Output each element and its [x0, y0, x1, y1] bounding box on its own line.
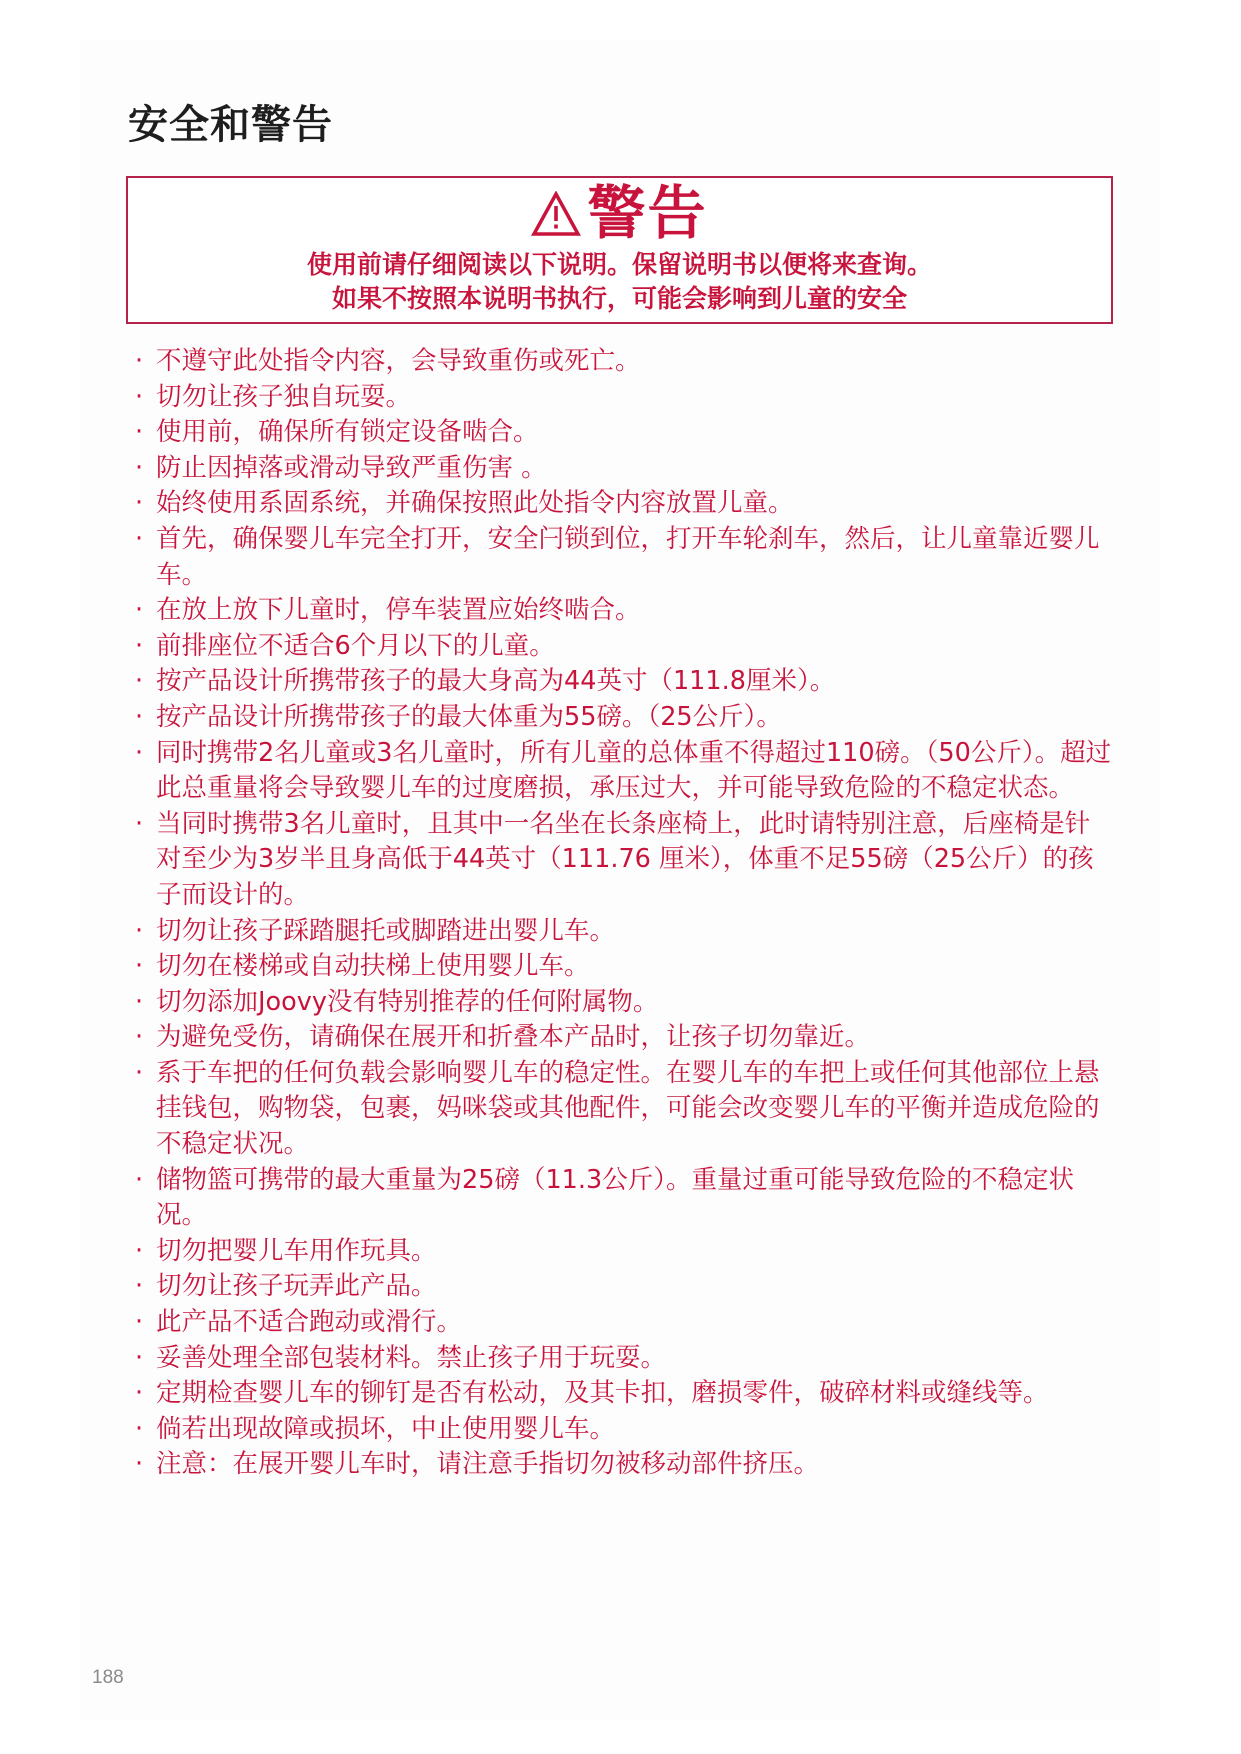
warning-item-text: 首先，确保婴儿车完全打开，安全闩锁到位，打开车轮刹车，然后，让儿童靠近婴儿车。 [156, 524, 1100, 590]
warning-item-text: 切勿添加Joovy没有特别推荐的任何附属物。 [156, 987, 658, 1017]
warning-item-text: 在放上放下儿童时，停车装置应始终啮合。 [156, 595, 641, 625]
warning-list-item: ·倘若出现故障或损坏，中止使用婴儿车。 [132, 1412, 1112, 1448]
warning-list-item: ·在放上放下儿童时，停车装置应始终啮合。 [132, 593, 1112, 629]
warning-instruction-line-1: 使用前请仔细阅读以下说明。保留说明书以便将来查询。 [128, 252, 1111, 277]
warning-item-text: 切勿让孩子玩弄此产品。 [156, 1271, 437, 1301]
warning-triangle-icon [531, 185, 581, 241]
warning-instruction-line-2: 如果不按照本说明书执行，可能会影响到儿童的安全 [128, 286, 1111, 311]
bullet-marker: · [135, 1020, 143, 1056]
bullet-marker: · [135, 700, 143, 736]
warning-list-item: ·同时携带2名儿童或3名儿童时，所有儿童的总体重不得超过110磅。（50公斤）。… [132, 736, 1112, 807]
warning-item-text: 切勿让孩子踩踏腿托或脚踏进出婴儿车。 [156, 916, 615, 946]
warning-list-item: ·妥善处理全部包装材料。禁止孩子用于玩耍。 [132, 1341, 1112, 1377]
bullet-marker: · [135, 985, 143, 1021]
warning-box: 警告 使用前请仔细阅读以下说明。保留说明书以便将来查询。 如果不按照本说明书执行… [126, 176, 1113, 324]
warning-item-text: 当同时携带3名儿童时，且其中一名坐在长条座椅上，此时请特别注意，后座椅是针对至少… [156, 809, 1094, 910]
warning-list-item: ·此产品不适合跑动或滑行。 [132, 1305, 1112, 1341]
bullet-marker: · [135, 380, 143, 416]
bullet-marker: · [135, 807, 143, 843]
warning-list-item: ·按产品设计所携带孩子的最大体重为55磅。（25公斤）。 [132, 700, 1112, 736]
bullet-marker: · [135, 486, 143, 522]
bullet-marker: · [135, 1447, 143, 1483]
warning-list-item: ·切勿让孩子独自玩耍。 [132, 380, 1112, 416]
bullet-marker: · [135, 1341, 143, 1377]
warning-item-text: 防止因掉落或滑动导致严重伤害 。 [156, 453, 547, 483]
bullet-marker: · [135, 1412, 143, 1448]
page-number: 188 [92, 1667, 124, 1689]
warning-item-text: 按产品设计所携带孩子的最大体重为55磅。（25公斤）。 [156, 702, 782, 732]
bullet-marker: · [135, 1269, 143, 1305]
warning-item-text: 切勿把婴儿车用作玩具。 [156, 1236, 437, 1266]
warning-item-text: 定期检查婴儿车的铆钉是否有松动，及其卡扣，磨损零件，破碎材料或缝线等。 [156, 1378, 1049, 1408]
warning-list-item: ·定期检查婴儿车的铆钉是否有松动，及其卡扣，磨损零件，破碎材料或缝线等。 [132, 1376, 1112, 1412]
warning-header: 警告 [128, 184, 1111, 242]
bullet-marker: · [135, 949, 143, 985]
warning-list-item: ·系于车把的任何负载会影响婴儿车的稳定性。在婴儿车的车把上或任何其他部位上悬挂钱… [132, 1056, 1112, 1163]
warning-item-text: 倘若出现故障或损坏，中止使用婴儿车。 [156, 1414, 615, 1444]
warning-item-text: 始终使用系固系统，并确保按照此处指令内容放置儿童。 [156, 488, 794, 518]
warning-list-item: ·前排座位不适合6个月以下的儿童。 [132, 629, 1112, 665]
warning-item-text: 不遵守此处指令内容，会导致重伤或死亡。 [156, 346, 641, 376]
warning-list-item: ·防止因掉落或滑动导致严重伤害 。 [132, 451, 1112, 487]
bullet-marker: · [135, 629, 143, 665]
bullet-marker: · [135, 344, 143, 380]
warning-item-text: 为避免受伤，请确保在展开和折叠本产品时，让孩子切勿靠近。 [156, 1022, 870, 1052]
warning-item-text: 切勿让孩子独自玩耍。 [156, 382, 411, 412]
warning-item-text: 妥善处理全部包装材料。禁止孩子用于玩耍。 [156, 1343, 666, 1373]
warning-item-text: 按产品设计所携带孩子的最大身高为44英寸（111.8厘米）。 [156, 666, 835, 696]
warning-list-item: ·按产品设计所携带孩子的最大身高为44英寸（111.8厘米）。 [132, 664, 1112, 700]
bullet-marker: · [135, 1305, 143, 1341]
warning-list-item: ·当同时携带3名儿童时，且其中一名坐在长条座椅上，此时请特别注意，后座椅是针对至… [132, 807, 1112, 914]
bullet-marker: · [135, 522, 143, 558]
warning-item-text: 切勿在楼梯或自动扶梯上使用婴儿车。 [156, 951, 590, 981]
bullet-marker: · [135, 664, 143, 700]
bullet-marker: · [135, 593, 143, 629]
warning-list-item: ·始终使用系固系统，并确保按照此处指令内容放置儿童。 [132, 486, 1112, 522]
warning-list-item: ·不遵守此处指令内容，会导致重伤或死亡。 [132, 344, 1112, 380]
warning-item-text: 使用前，确保所有锁定设备啮合。 [156, 417, 539, 447]
warning-list-item: ·储物篮可携带的最大重量为25磅（11.3公斤）。重量过重可能导致危险的不稳定状… [132, 1163, 1112, 1234]
warning-list-item: ·切勿让孩子玩弄此产品。 [132, 1269, 1112, 1305]
warning-item-text: 注意：在展开婴儿车时，请注意手指切勿被移动部件挤压。 [156, 1449, 819, 1479]
warning-item-text: 同时携带2名儿童或3名儿童时，所有儿童的总体重不得超过110磅。（50公斤）。超… [156, 738, 1111, 804]
bullet-marker: · [135, 451, 143, 487]
bullet-marker: · [135, 1234, 143, 1270]
warning-list-item: ·切勿在楼梯或自动扶梯上使用婴儿车。 [132, 949, 1112, 985]
bullet-marker: · [135, 1056, 143, 1092]
warning-item-text: 此产品不适合跑动或滑行。 [156, 1307, 462, 1337]
page-title: 安全和警告 [128, 105, 333, 145]
warning-list-item: ·切勿让孩子踩踏腿托或脚踏进出婴儿车。 [132, 914, 1112, 950]
bullet-marker: · [135, 1376, 143, 1412]
warning-list-item: ·首先，确保婴儿车完全打开，安全闩锁到位，打开车轮刹车，然后，让儿童靠近婴儿车。 [132, 522, 1112, 593]
warning-list-item: ·切勿添加Joovy没有特别推荐的任何附属物。 [132, 985, 1112, 1021]
warning-title: 警告 [587, 184, 707, 242]
bullet-marker: · [135, 415, 143, 451]
warning-list-item: ·使用前，确保所有锁定设备啮合。 [132, 415, 1112, 451]
warning-list-item: ·为避免受伤，请确保在展开和折叠本产品时，让孩子切勿靠近。 [132, 1020, 1112, 1056]
warning-item-text: 储物篮可携带的最大重量为25磅（11.3公斤）。重量过重可能导致危险的不稳定状况… [156, 1165, 1074, 1231]
bullet-marker: · [135, 736, 143, 772]
bullet-marker: · [135, 914, 143, 950]
bullet-marker: · [135, 1163, 143, 1199]
warning-item-text: 前排座位不适合6个月以下的儿童。 [156, 631, 555, 661]
warning-list-item: ·注意：在展开婴儿车时，请注意手指切勿被移动部件挤压。 [132, 1447, 1112, 1483]
warning-list-item: ·切勿把婴儿车用作玩具。 [132, 1234, 1112, 1270]
safety-warning-list: ·不遵守此处指令内容，会导致重伤或死亡。 ·切勿让孩子独自玩耍。 ·使用前，确保… [132, 344, 1112, 1483]
warning-item-text: 系于车把的任何负载会影响婴儿车的稳定性。在婴儿车的车把上或任何其他部位上悬挂钱包… [156, 1058, 1100, 1159]
